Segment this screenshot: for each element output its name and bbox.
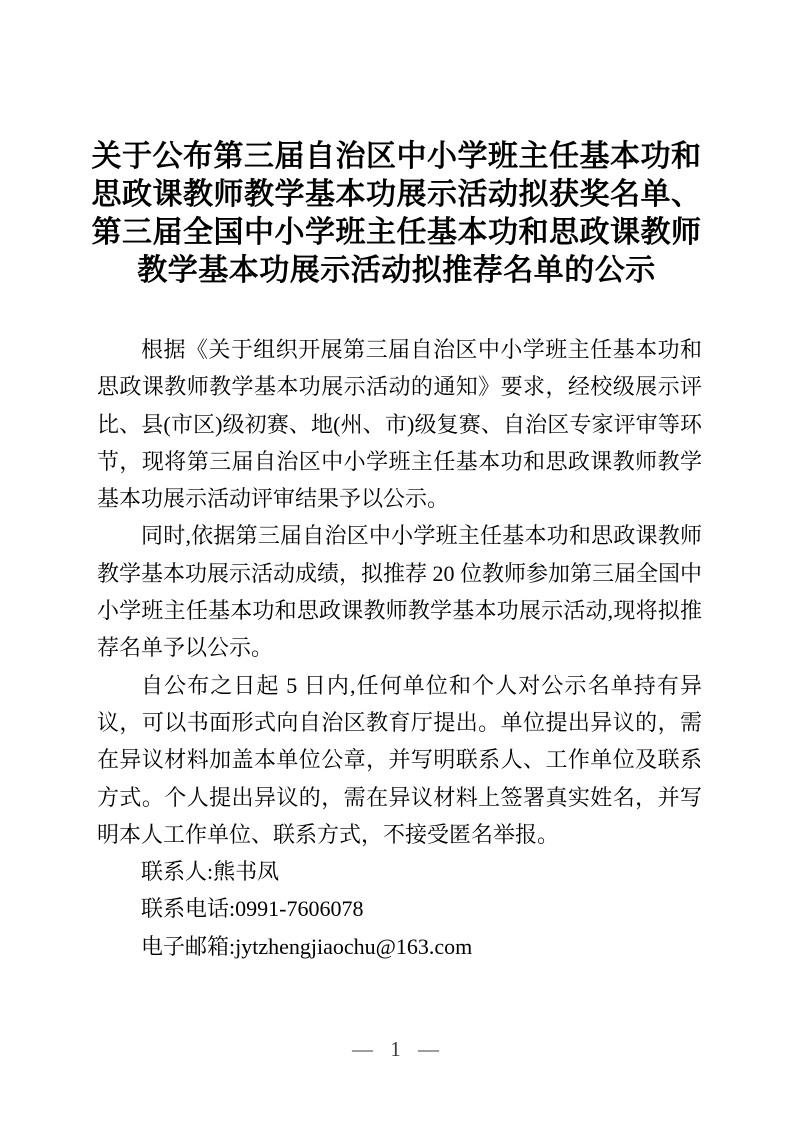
page-number: — 1 — xyxy=(0,1037,793,1062)
contact-email: 电子邮箱:jytzhengjiaochu@163.com xyxy=(97,928,702,965)
paragraph-basis: 根据《关于组织开展第三届自治区中小学班主任基本功和思政课教师教学基本功展示活动的… xyxy=(97,331,702,517)
contact-phone: 联系电话:0991-7606078 xyxy=(97,890,702,927)
title-line-2: 思政课教师教学基本功展示活动拟获奖名单、 xyxy=(0,176,793,214)
title-line-3: 第三届全国中小学班主任基本功和思政课教师 xyxy=(0,214,793,252)
document-body: 根据《关于组织开展第三届自治区中小学班主任基本功和思政课教师教学基本功展示活动的… xyxy=(97,331,702,965)
contact-person: 联系人:熊书凤 xyxy=(97,853,702,890)
title-line-1: 关于公布第三届自治区中小学班主任基本功和 xyxy=(0,138,793,176)
paragraph-recommendation: 同时,依据第三届自治区中小学班主任基本功和思政课教师教学基本功展示活动成绩，拟推… xyxy=(97,517,702,666)
document-title: 关于公布第三届自治区中小学班主任基本功和 思政课教师教学基本功展示活动拟获奖名单… xyxy=(0,138,793,290)
document-page: 关于公布第三届自治区中小学班主任基本功和 思政课教师教学基本功展示活动拟获奖名单… xyxy=(0,0,793,1122)
title-line-4: 教学基本功展示活动拟推荐名单的公示 xyxy=(0,252,793,290)
paragraph-objection: 自公布之日起 5 日内,任何单位和个人对公示名单持有异议，可以书面形式向自治区教… xyxy=(97,667,702,853)
